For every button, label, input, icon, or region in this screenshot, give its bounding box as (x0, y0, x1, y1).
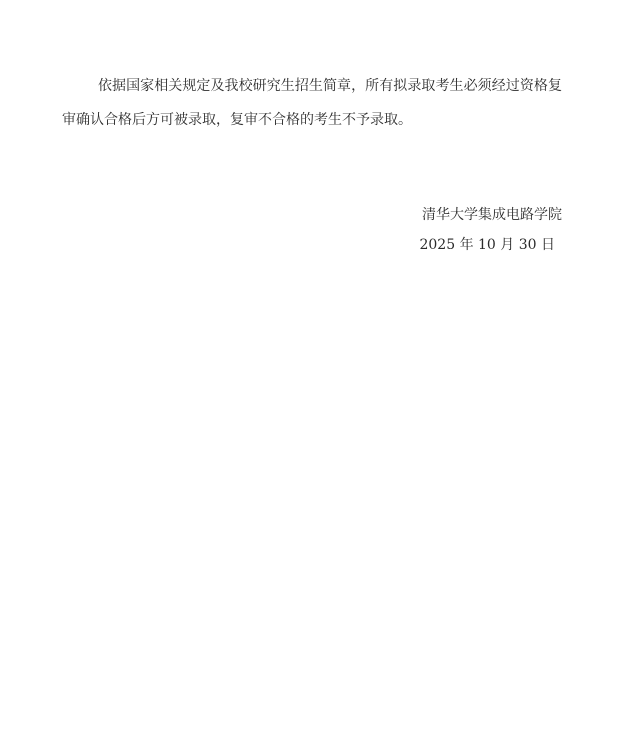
signature-organization: 清华大学集成电路学院 (62, 200, 562, 230)
signoff-block: 清华大学集成电路学院 2025 年 10 月 30 日 (62, 200, 562, 260)
body-paragraph: 依据国家相关规定及我校研究生招生简章，所有拟录取考生必须经过资格复审确认合格后方… (62, 69, 562, 137)
document-page: 依据国家相关规定及我校研究生招生简章，所有拟录取考生必须经过资格复审确认合格后方… (0, 0, 621, 749)
document-content: 依据国家相关规定及我校研究生招生简章，所有拟录取考生必须经过资格复审确认合格后方… (62, 69, 562, 260)
signature-date: 2025 年 10 月 30 日 (62, 230, 562, 260)
